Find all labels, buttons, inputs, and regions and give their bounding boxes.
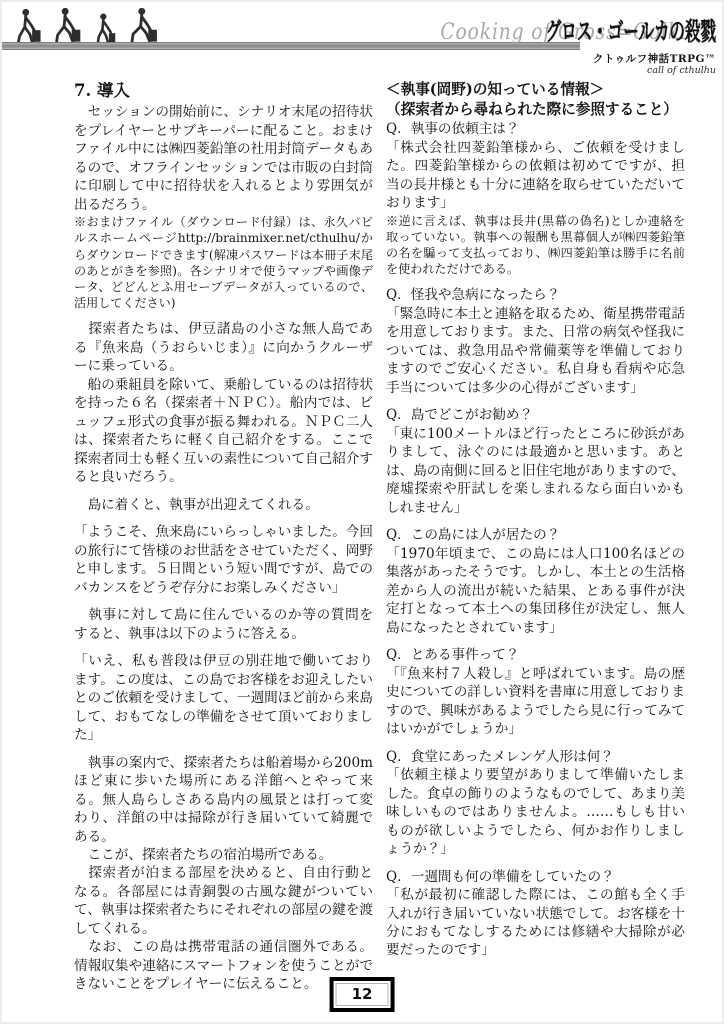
traveler-with-suitcase-icon: [55, 7, 84, 46]
walking-travelers-illustration: [16, 8, 160, 46]
body-paragraph: 船の乗組員を除いて、乗船しているのは招待状を持った６名（探索者＋ＮＰＣ）。船内で…: [74, 376, 373, 487]
answer: 「『魚来村７人殺し』と呼ばれています。島の歴史についての詳しい資料を書庫に用意し…: [386, 665, 685, 739]
body-paragraph: セッションの開始前に、シナリオ末尾の招待状をプレイヤーとサブキーパーに配ること。…: [74, 103, 373, 214]
question: Q．怪我や急病になったら？: [386, 286, 685, 304]
answer: 「依頼主様より要望がありまして準備いたしました。食卓の飾りのようなものでして、あ…: [386, 766, 685, 858]
scenario-book-page: Cooking of Gross=Golka グロス・ゴールカの殺戮 クトゥルフ…: [0, 0, 724, 1024]
note-paragraph: ※逆に言えば、執事は長井(黒幕の偽名)としか連絡を取っていない。執事への報酬も黒…: [386, 213, 685, 278]
body-paragraph: 探索者が泊まる部屋を決めると、自由行動となる。各部屋には青銅製の古風な鍵がついて…: [74, 864, 373, 938]
info-subheading: （探索者から尋ねられた際に参照すること）: [386, 100, 685, 120]
traveler-with-suitcase-icon: [16, 8, 44, 46]
question: Q．とある事件って？: [386, 646, 685, 664]
body-paragraph: 執事に対して島に住んでいるのか等の質問をすると、執事は以下のように答える。: [74, 606, 373, 643]
info-subheading: ＜執事(岡野)の知っている情報＞: [386, 80, 685, 100]
body-paragraph: 探索者たちは、伊豆諸島の小さな無人島である『魚来島（うおらいじま）』に向かうクル…: [74, 320, 373, 375]
traveler-with-suitcase-icon: [130, 7, 160, 46]
page-number: 12: [336, 983, 389, 1006]
left-column: 7. 導入 セッションの開始前に、シナリオ末尾の招待状をプレイヤーとサブキーパー…: [74, 80, 373, 994]
body-paragraph: 島に着くと、執事が出迎えてくれる。: [74, 496, 373, 514]
section-heading: 7. 導入: [74, 80, 373, 102]
answer: 「東に100メートルほど行ったところに砂浜がありまして、泳ぐのには最適かと思いま…: [386, 425, 685, 517]
body-paragraph: 執事の案内で、探索者たちは船着場から200mほど東に歩いた場所にある洋館へとやっ…: [74, 754, 373, 846]
answer: 「1970年頃まで、この島には人口100名ほどの集落があったそうです。しかし、本…: [386, 545, 685, 637]
question: Q．食堂にあったメレンゲ人形は何？: [386, 748, 685, 766]
body-paragraph: 「ようこそ、魚来島にいらっしゃいました。今回の旅行にて皆様のお世話をさせていただ…: [74, 523, 373, 597]
answer: 「私が最初に確認した際には、この館も全く手入れが行き届いていない状態でして。お客…: [386, 886, 685, 960]
question: Q．この島には人が居たの？: [386, 526, 685, 544]
answer: 「株式会社四菱鉛筆様から、ご依頼を受けました。四菱鉛筆様からの依頼は初めてですが…: [386, 139, 685, 213]
body-paragraph: ここが、探索者たちの宿泊場所である。: [74, 846, 373, 864]
question: Q．島でどこがお勧め？: [386, 406, 685, 424]
title-block: Cooking of Gross=Golka グロス・ゴールカの殺戮 クトゥルフ…: [396, 12, 716, 76]
right-column: ＜執事(岡野)の知っている情報＞（探索者から尋ねられた際に参照すること）Q．執事…: [386, 80, 685, 994]
body-columns: 7. 導入 セッションの開始前に、シナリオ末尾の招待状をプレイヤーとサブキーパー…: [74, 80, 685, 994]
body-paragraph: 「いえ、私も普段は伊豆の別荘地で働いております。この度は、この島でお客様をお迎え…: [74, 652, 373, 744]
note-paragraph: ※おまけファイル（ダウンロード付録）は、永久パピルスホームページhttp://b…: [74, 214, 373, 311]
page-number-box: 12: [330, 977, 395, 1012]
subtitle-english: call of cthulhu: [396, 65, 716, 76]
question: Q．一週間も何の準備をしていたの？: [386, 868, 685, 886]
page-title: グロス・ゴールカの殺戮: [518, 12, 716, 48]
body-paragraph: なお、この島は携帯電話の通信圏外である。情報収集や連絡にスマートフォンを使うこと…: [74, 938, 373, 993]
question: Q．執事の依頼主は？: [386, 120, 685, 138]
answer: 「緊急時に本土と連絡を取るため、衛星携帯電話を用意しております。また、日常の病気…: [386, 305, 685, 397]
subtitle-trpg: クトゥルフ神話TRPG™: [396, 51, 716, 66]
